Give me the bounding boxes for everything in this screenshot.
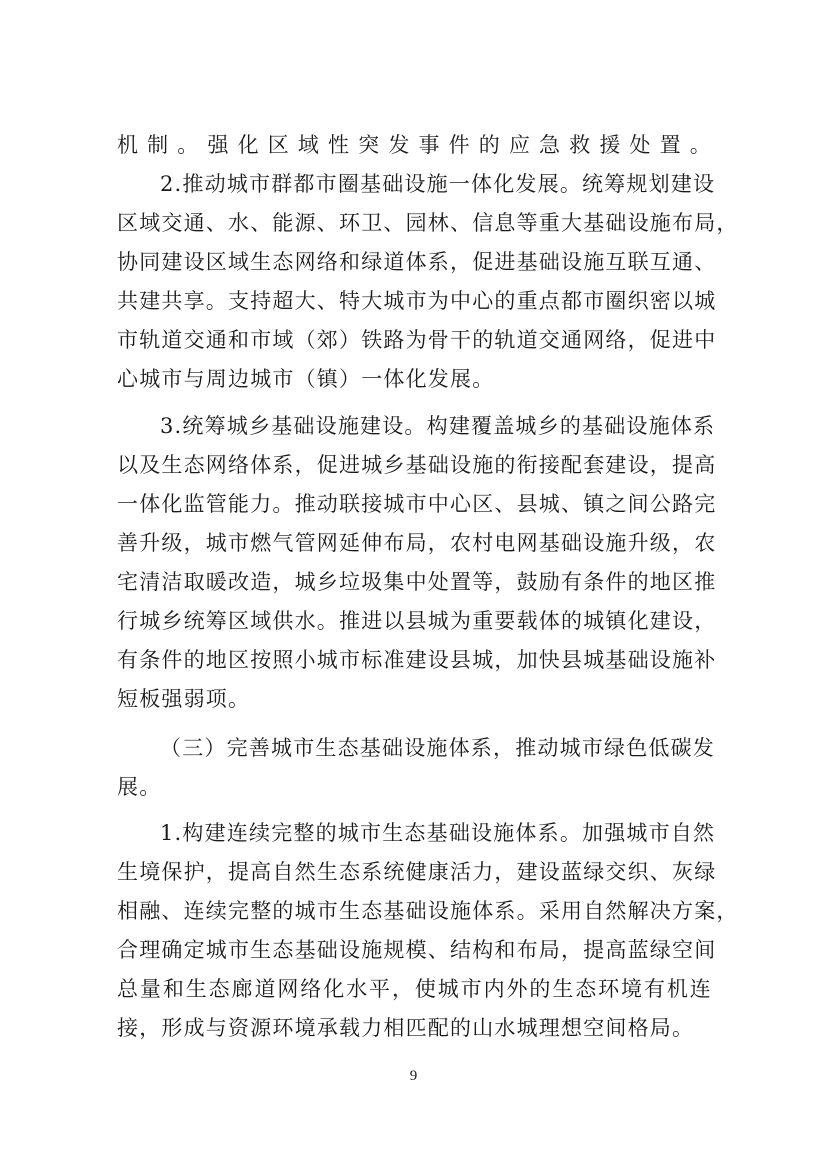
text-line: 生境保护，提高自然生态系统健康活力，建设蓝绿交织、灰绿 <box>117 854 712 890</box>
text-line: 以及生态网络体系，促进城乡基础设施的衔接配套建设，提高 <box>117 447 712 483</box>
text-line: 短板强弱项。 <box>117 681 712 717</box>
text-line: 有条件的地区按照小城市标准建设县城，加快县城基础设施补 <box>117 642 712 678</box>
text-line: 宅清洁取暖改造，城乡垃圾集中处置等，鼓励有条件的地区推 <box>117 564 712 600</box>
chapter-heading-line: 展。 <box>117 769 712 805</box>
text-line: 总量和生态廊道网络化水平，使城市内外的生态环境有机连 <box>117 971 712 1007</box>
section-heading-line: 3.统筹城乡基础设施建设。构建覆盖城乡的基础设施体系 <box>160 408 712 444</box>
section-heading-line: 1.构建连续完整的城市生态基础设施体系。加强城市自然 <box>160 815 712 851</box>
text-line: 合理确定城市生态基础设施规模、结构和布局，提高蓝绿空间 <box>117 932 712 968</box>
text-line: 市轨道交通和市域（郊）铁路为骨干的轨道交通网络，促进中 <box>117 322 712 358</box>
text-line: 相融、连续完整的城市生态基础设施体系。采用自然解决方案， <box>117 893 712 929</box>
text-line: 心城市与周边城市（镇）一体化发展。 <box>117 361 712 397</box>
document-page: 机制。强化区域性突发事件的应急救援处置。 2.推动城市群都市圈基础设施一体化发展… <box>0 0 827 1170</box>
section-heading-line: 2.推动城市群都市圈基础设施一体化发展。统筹规划建设 <box>160 166 712 202</box>
text-line: 协同建设区域生态网络和绿道体系，促进基础设施互联互通、 <box>117 244 712 280</box>
text-line: 共建共享。支持超大、特大城市为中心的重点都市圈织密以城 <box>117 283 712 319</box>
text-line: 机制。强化区域性突发事件的应急救援处置。 <box>117 127 712 163</box>
text-line: 善升级，城市燃气管网延伸布局，农村电网基础设施升级，农 <box>117 525 712 561</box>
text-line: 一体化监管能力。推动联接城市中心区、县城、镇之间公路完 <box>117 486 712 522</box>
chapter-heading-line: （三）完善城市生态基础设施体系，推动城市绿色低碳发 <box>160 730 712 766</box>
page-number: 9 <box>0 1068 827 1085</box>
text-line: 接，形成与资源环境承载力相匹配的山水城理想空间格局。 <box>117 1010 712 1046</box>
text-line: 行城乡统筹区域供水。推进以县城为重要载体的城镇化建设， <box>117 603 712 639</box>
text-line: 区域交通、水、能源、环卫、园林、信息等重大基础设施布局， <box>117 205 712 241</box>
